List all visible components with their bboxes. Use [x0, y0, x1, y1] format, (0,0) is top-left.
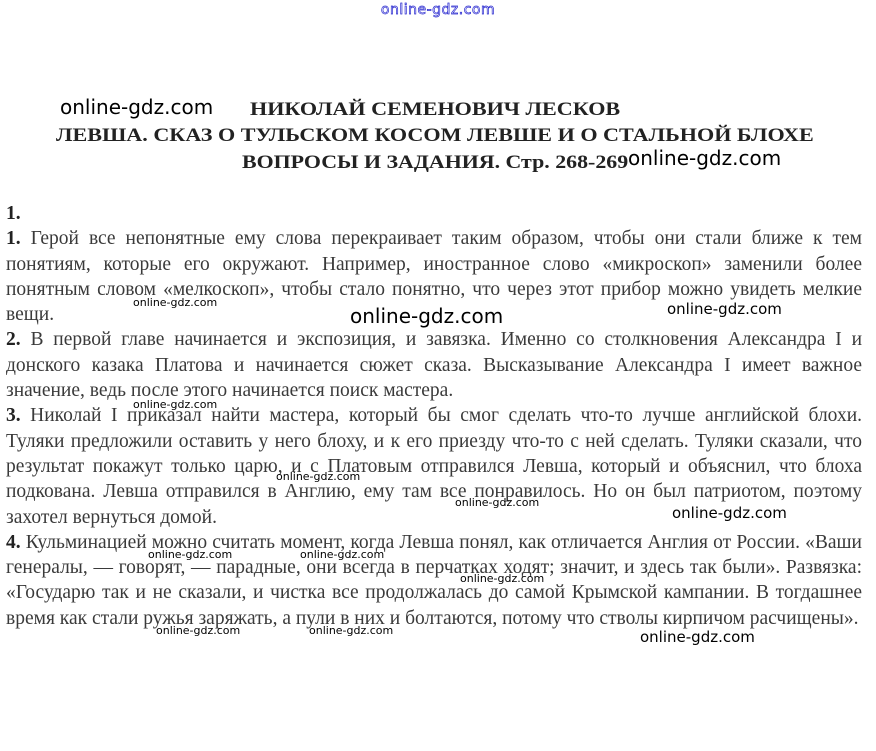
watermark-small: online-gdz.com — [276, 470, 360, 483]
section-heading: ВОПРОСЫ И ЗАДАНИЯ. Стр. 268-269 — [242, 152, 628, 174]
answer-number: 1. — [6, 228, 21, 249]
watermark-header-left: online-gdz.com — [60, 95, 213, 119]
answer-text: В первой главе начинается и экспозиция, … — [6, 329, 862, 401]
answer-text: Кульминацией можно считать момент, когда… — [6, 532, 862, 629]
watermark-small: online-gdz.com — [455, 496, 539, 509]
work-title-heading: ЛЕВША. СКАЗ О ТУЛЬСКОМ КОСОМ ЛЕВШЕ И О С… — [56, 125, 814, 147]
page-range: Стр. 268-269 — [506, 152, 629, 173]
answer-number: 2. — [6, 329, 21, 350]
watermark-body-large: online-gdz.com — [350, 304, 503, 328]
answer-number: 3. — [6, 405, 21, 426]
watermark-small: online-gdz.com — [156, 624, 240, 637]
answer-2: 2. В первой главе начинается и экспозици… — [6, 327, 862, 403]
watermark-medium: online-gdz.com — [672, 504, 787, 522]
watermark-medium: online-gdz.com — [667, 300, 782, 318]
watermark-medium: online-gdz.com — [640, 628, 755, 646]
watermark-small: online-gdz.com — [133, 398, 217, 411]
answer-number: 4. — [6, 532, 21, 553]
watermark-small: online-gdz.com — [148, 548, 232, 561]
watermark-small: online-gdz.com — [460, 572, 544, 585]
answer-4: 4. Кульминацией можно считать момент, ко… — [6, 530, 862, 631]
watermark-top: online-gdz.com — [0, 2, 876, 18]
answers-body: 1. 1. Герой все непонятные ему слова пер… — [6, 201, 862, 631]
author-heading: НИКОЛАЙ СЕМЕНОВИЧ ЛЕСКОВ — [250, 99, 620, 121]
watermark-small: online-gdz.com — [309, 624, 393, 637]
question-number: 1. — [6, 203, 21, 224]
watermark-small: online-gdz.com — [133, 296, 217, 309]
watermark-small: online-gdz.com — [300, 548, 384, 561]
section-label: ВОПРОСЫ И ЗАДАНИЯ. — [242, 152, 500, 173]
watermark-header-right: online-gdz.com — [628, 146, 781, 170]
